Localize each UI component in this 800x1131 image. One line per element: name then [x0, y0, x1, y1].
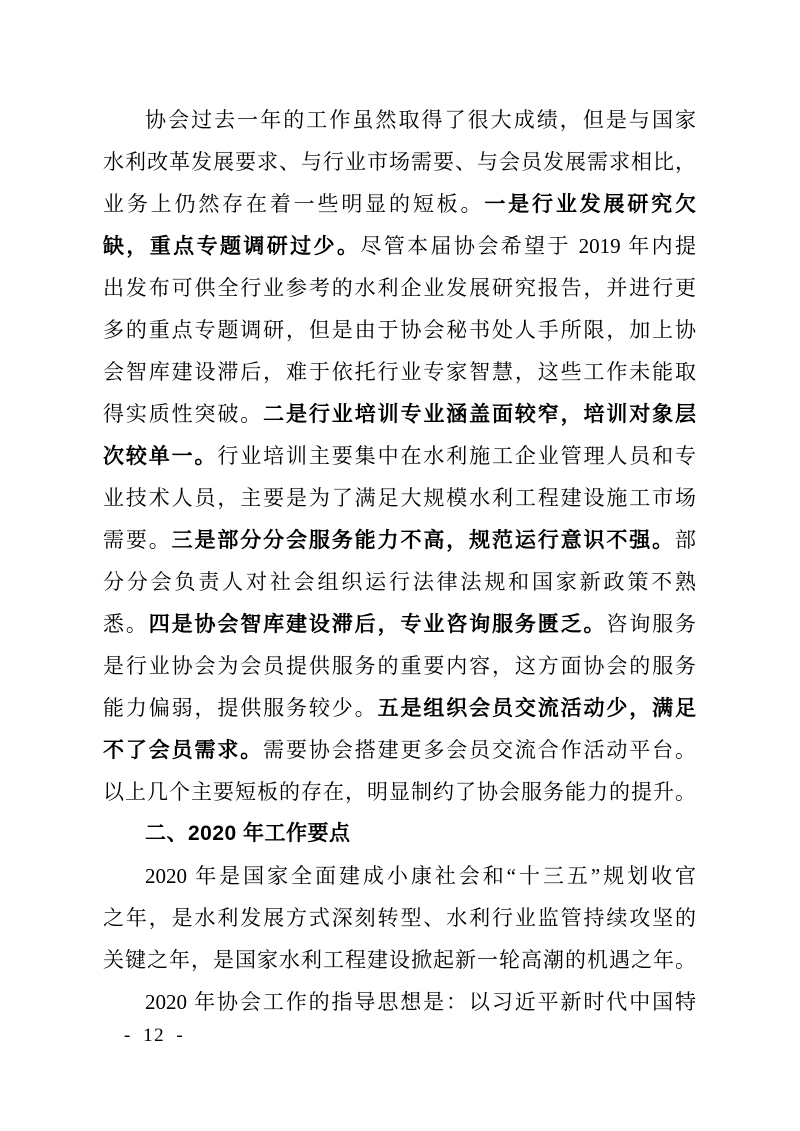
document-body: 协会过去一年的工作虽然取得了很大成绩，但是与国家水利改革发展要求、与行业市场需要…: [103, 99, 696, 1023]
text-run: 需要。: [103, 528, 172, 552]
page-number: - 12 -: [124, 1024, 184, 1048]
text-line: 次较单一。行业培训主要集中在水利施工企业管理人员和专: [103, 435, 696, 477]
text-line: 得实质性突破。二是行业培训专业涵盖面较窄，培训对象层: [103, 393, 696, 435]
text-line: 2020 年协会工作的指导思想是：以习近平新时代中国特: [103, 981, 696, 1023]
bold-text-run: 二、2020 年工作要点: [145, 822, 351, 845]
text-run: 2020 年是国家全面建成小康社会和“十三五”规划收官: [145, 864, 696, 888]
text-line: 之年，是水利发展方式深刻转型、水利行业监管持续攻坚的: [103, 897, 696, 939]
text-run: 部: [675, 528, 696, 552]
text-line: 业务上仍然存在着一些明显的短板。一是行业发展研究欠: [103, 183, 696, 225]
text-line: 协会过去一年的工作虽然取得了很大成绩，但是与国家: [103, 99, 696, 141]
text-line: 出发布可供全行业参考的水利企业发展研究报告，并进行更: [103, 267, 696, 309]
text-run: 水利改革发展要求、与行业市场需要、与会员发展需求相比，: [103, 150, 696, 174]
bold-text-run: 一是行业发展研究欠: [484, 192, 696, 216]
text-run: 会智库建设滞后，难于依托行业专家智慧，这些工作未能取: [103, 360, 696, 384]
text-line: 关键之年，是国家水利工程建设掀起新一轮高潮的机遇之年。: [103, 939, 696, 981]
text-run: 之年，是水利发展方式深刻转型、水利行业监管持续攻坚的: [103, 906, 696, 930]
bold-text-run: 四是协会智库建设滞后，专业咨询服务匮乏。: [149, 612, 607, 636]
text-run: 协会过去一年的工作虽然取得了很大成绩，但是与国家: [145, 108, 696, 132]
text-run: 咨询服务: [606, 612, 696, 636]
document-page: 协会过去一年的工作虽然取得了很大成绩，但是与国家水利改革发展要求、与行业市场需要…: [0, 0, 800, 1131]
bold-text-run: 二是行业培训专业涵盖面较窄，培训对象层: [263, 402, 696, 426]
text-run: 能力偏弱，提供服务较少。: [103, 696, 378, 720]
text-line: 能力偏弱，提供服务较少。五是组织会员交流活动少，满足: [103, 687, 696, 729]
text-run: 悉。: [103, 612, 149, 636]
text-line: 水利改革发展要求、与行业市场需要、与会员发展需求相比，: [103, 141, 696, 183]
text-line: 会智库建设滞后，难于依托行业专家智慧，这些工作未能取: [103, 351, 696, 393]
bold-text-run: 不了会员需求。: [103, 738, 263, 762]
text-line: 业技术人员，主要是为了满足大规模水利工程建设施工市场: [103, 477, 696, 519]
text-line: 悉。四是协会智库建设滞后，专业咨询服务匮乏。咨询服务: [103, 603, 696, 645]
text-run: 以上几个主要短板的存在，明显制约了协会服务能力的提升。: [103, 780, 696, 804]
text-run: 业技术人员，主要是为了满足大规模水利工程建设施工市场: [103, 486, 696, 510]
text-run: 是行业协会为会员提供服务的重要内容，这方面协会的服务: [103, 654, 696, 678]
text-run: 出发布可供全行业参考的水利企业发展研究报告，并进行更: [103, 276, 696, 300]
text-run: 2020 年协会工作的指导思想是：以习近平新时代中国特: [145, 990, 696, 1014]
text-run: 业务上仍然存在着一些明显的短板。: [103, 192, 484, 216]
text-line: 需要。三是部分分会服务能力不高，规范运行意识不强。部: [103, 519, 696, 561]
text-line: 多的重点专题调研，但是由于协会秘书处人手所限，加上协: [103, 309, 696, 351]
text-run: 多的重点专题调研，但是由于协会秘书处人手所限，加上协: [103, 318, 696, 342]
bold-text-run: 三是部分分会服务能力不高，规范运行意识不强。: [172, 528, 675, 552]
text-line: 缺，重点专题调研过少。尽管本届协会希望于 2019 年内提: [103, 225, 696, 267]
bold-text-run: 次较单一。: [103, 444, 217, 468]
text-line: 不了会员需求。需要协会搭建更多会员交流合作活动平台。: [103, 729, 696, 771]
text-run: 尽管本届协会希望于 2019 年内提: [360, 234, 696, 258]
text-run: 得实质性突破。: [103, 402, 263, 426]
text-run: 需要协会搭建更多会员交流合作活动平台。: [263, 738, 696, 762]
text-line: 2020 年是国家全面建成小康社会和“十三五”规划收官: [103, 855, 696, 897]
text-line: 是行业协会为会员提供服务的重要内容，这方面协会的服务: [103, 645, 696, 687]
bold-text-run: 缺，重点专题调研过少。: [103, 234, 360, 258]
text-line: 分分会负责人对社会组织运行法律法规和国家新政策不熟: [103, 561, 696, 603]
section-heading: 二、2020 年工作要点: [103, 813, 696, 855]
text-line: 以上几个主要短板的存在，明显制约了协会服务能力的提升。: [103, 771, 696, 813]
text-run: 分分会负责人对社会组织运行法律法规和国家新政策不熟: [103, 570, 696, 594]
text-run: 关键之年，是国家水利工程建设掀起新一轮高潮的机遇之年。: [103, 948, 696, 972]
bold-text-run: 五是组织会员交流活动少，满足: [378, 696, 696, 720]
text-run: 行业培训主要集中在水利施工企业管理人员和专: [217, 444, 696, 468]
